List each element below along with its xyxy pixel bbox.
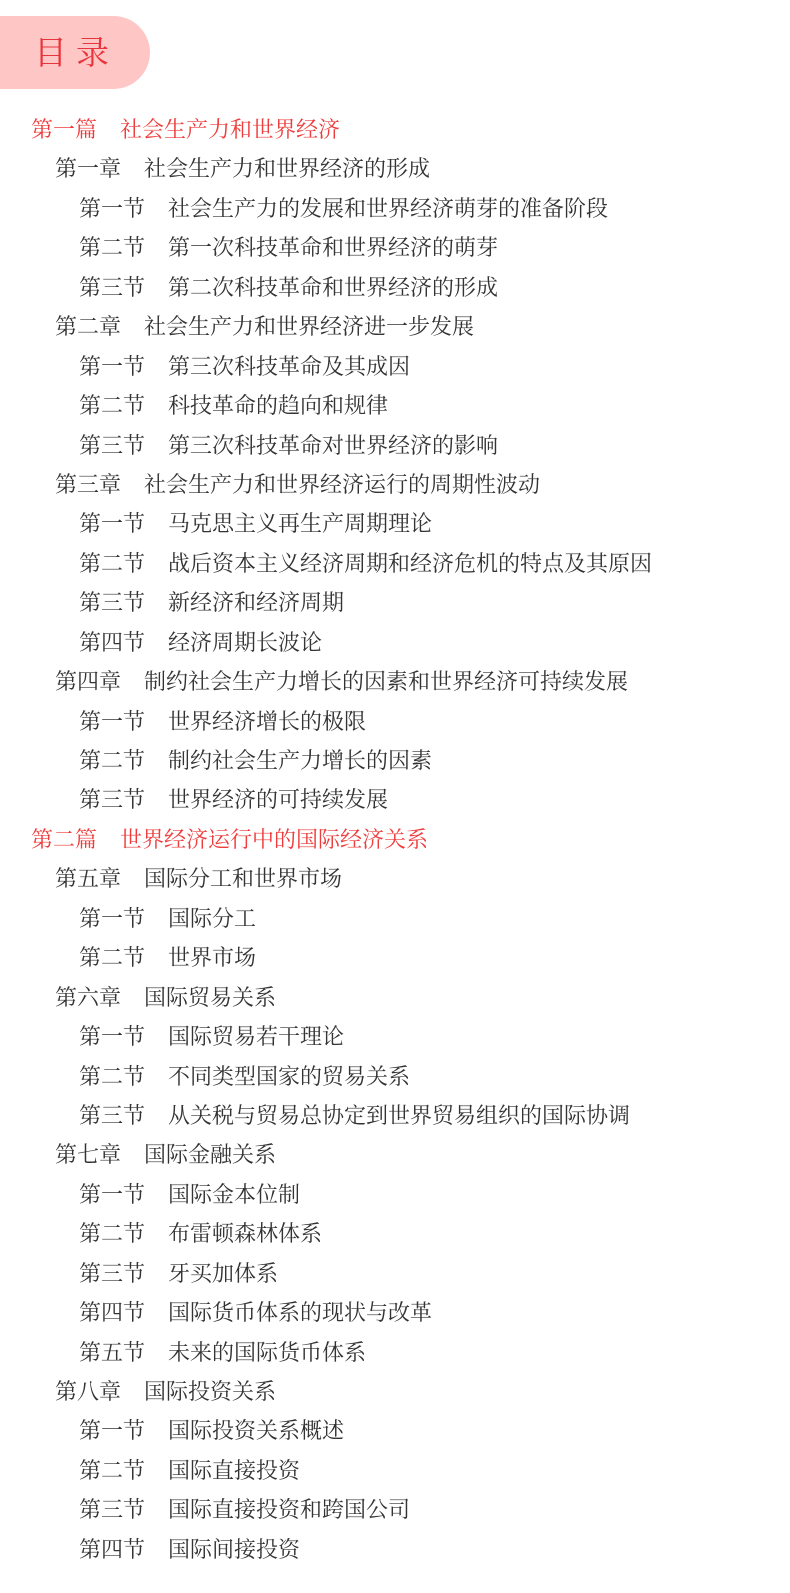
toc-section-entry[interactable]: 第四节国际货币体系的现状与改革 — [0, 1294, 652, 1333]
toc-section-entry[interactable]: 第四节国际间接投资 — [0, 1531, 652, 1570]
toc-entry-title: 社会生产力和世界经济进一步发展 — [144, 308, 474, 347]
toc-entry-title: 制约社会生产力增长的因素和世界经济可持续发展 — [144, 663, 628, 702]
toc-entry-title: 社会生产力和世界经济的形成 — [144, 150, 430, 189]
toc-entry-title: 国际金融关系 — [144, 1136, 276, 1175]
toc-section-entry[interactable]: 第三节第三次科技革命对世界经济的影响 — [0, 427, 652, 466]
toc-entry-number: 第二篇 — [31, 821, 97, 860]
toc-section-entry[interactable]: 第二节战后资本主义经济周期和经济危机的特点及其原因 — [0, 545, 652, 584]
toc-section-entry[interactable]: 第三节新经济和经济周期 — [0, 584, 652, 623]
toc-entry-title: 国际投资关系概述 — [168, 1412, 344, 1451]
toc-entry-number: 第五章 — [55, 860, 121, 899]
toc-entry-number: 第二节 — [79, 742, 145, 781]
toc-entry-title: 世界经济的可持续发展 — [168, 781, 388, 820]
toc-entry-number: 第一节 — [79, 348, 145, 387]
toc-entry-number: 第七章 — [55, 1136, 121, 1175]
toc-chapter-entry[interactable]: 第二章社会生产力和世界经济进一步发展 — [0, 308, 652, 347]
toc-chapter-entry[interactable]: 第七章国际金融关系 — [0, 1136, 652, 1175]
toc-entry-title: 国际投资关系 — [144, 1373, 276, 1412]
toc-entry-number: 第二节 — [79, 229, 145, 268]
toc-entry-number: 第二节 — [79, 1215, 145, 1254]
toc-entry-title: 国际货币体系的现状与改革 — [168, 1294, 432, 1333]
toc-entry-title: 战后资本主义经济周期和经济危机的特点及其原因 — [168, 545, 652, 584]
toc-chapter-entry[interactable]: 第四章制约社会生产力增长的因素和世界经济可持续发展 — [0, 663, 652, 702]
toc-section-entry[interactable]: 第三节国际直接投资和跨国公司 — [0, 1491, 652, 1530]
toc-section-entry[interactable]: 第二节不同类型国家的贸易关系 — [0, 1058, 652, 1097]
toc-section-entry[interactable]: 第一节马克思主义再生产周期理论 — [0, 505, 652, 544]
toc-entry-number: 第一节 — [79, 1018, 145, 1057]
toc-entry-number: 第三节 — [79, 781, 145, 820]
toc-entry-title: 经济周期长波论 — [168, 624, 322, 663]
toc-entry-title: 国际金本位制 — [168, 1176, 300, 1215]
toc-entry-title: 国际分工和世界市场 — [144, 860, 342, 899]
toc-entry-title: 国际贸易若干理论 — [168, 1018, 344, 1057]
toc-entry-title: 世界市场 — [168, 939, 256, 978]
toc-entry-title: 不同类型国家的贸易关系 — [168, 1058, 410, 1097]
toc-entry-title: 制约社会生产力增长的因素 — [168, 742, 432, 781]
toc-entry-title: 世界经济增长的极限 — [168, 703, 366, 742]
toc-section-entry[interactable]: 第二节科技革命的趋向和规律 — [0, 387, 652, 426]
toc-entry-number: 第三节 — [79, 1491, 145, 1530]
toc-entry-title: 国际间接投资 — [168, 1531, 300, 1570]
toc-part-entry[interactable]: 第一篇社会生产力和世界经济 — [0, 111, 652, 150]
toc-entry-number: 第二节 — [79, 1058, 145, 1097]
toc-entry-number: 第一节 — [79, 190, 145, 229]
toc-part-entry[interactable]: 第二篇世界经济运行中的国际经济关系 — [0, 821, 652, 860]
toc-entry-title: 新经济和经济周期 — [168, 584, 344, 623]
toc-entry-number: 第一节 — [79, 1412, 145, 1451]
toc-entry-title: 未来的国际货币体系 — [168, 1334, 366, 1373]
toc-entry-number: 第一节 — [79, 1176, 145, 1215]
toc-section-entry[interactable]: 第二节世界市场 — [0, 939, 652, 978]
toc-section-entry[interactable]: 第二节制约社会生产力增长的因素 — [0, 742, 652, 781]
toc-entry-number: 第二节 — [79, 387, 145, 426]
toc-entry-title: 社会生产力和世界经济运行的周期性波动 — [144, 466, 540, 505]
toc-entry-number: 第二章 — [55, 308, 121, 347]
toc-entry-number: 第三节 — [79, 584, 145, 623]
toc-entry-title: 社会生产力的发展和世界经济萌芽的准备阶段 — [168, 190, 608, 229]
toc-entry-number: 第三节 — [79, 269, 145, 308]
toc-section-entry[interactable]: 第一节国际金本位制 — [0, 1176, 652, 1215]
toc-entry-title: 国际直接投资和跨国公司 — [168, 1491, 410, 1530]
toc-entry-title: 第三次科技革命及其成因 — [168, 348, 410, 387]
toc-entry-number: 第四节 — [79, 1294, 145, 1333]
toc-section-entry[interactable]: 第一节世界经济增长的极限 — [0, 703, 652, 742]
toc-section-entry[interactable]: 第一节第三次科技革命及其成因 — [0, 348, 652, 387]
toc-section-entry[interactable]: 第二节布雷顿森林体系 — [0, 1215, 652, 1254]
page-title: 目录 — [34, 31, 118, 75]
toc-header-badge: 目录 — [0, 16, 150, 89]
toc-entry-title: 世界经济运行中的国际经济关系 — [120, 821, 428, 860]
toc-section-entry[interactable]: 第三节第二次科技革命和世界经济的形成 — [0, 269, 652, 308]
toc-entry-number: 第二节 — [79, 1452, 145, 1491]
toc-entry-title: 国际分工 — [168, 900, 256, 939]
table-of-contents: 第一篇社会生产力和世界经济第一章社会生产力和世界经济的形成第一节社会生产力的发展… — [0, 111, 652, 1570]
toc-entry-number: 第三节 — [79, 1255, 145, 1294]
toc-chapter-entry[interactable]: 第一章社会生产力和世界经济的形成 — [0, 150, 652, 189]
toc-entry-title: 第三次科技革命对世界经济的影响 — [168, 427, 498, 466]
toc-section-entry[interactable]: 第一节社会生产力的发展和世界经济萌芽的准备阶段 — [0, 190, 652, 229]
toc-entry-title: 国际直接投资 — [168, 1452, 300, 1491]
toc-entry-number: 第六章 — [55, 979, 121, 1018]
toc-entry-number: 第一节 — [79, 505, 145, 544]
toc-entry-number: 第一篇 — [31, 111, 97, 150]
toc-entry-number: 第四节 — [79, 624, 145, 663]
toc-entry-title: 从关税与贸易总协定到世界贸易组织的国际协调 — [168, 1097, 630, 1136]
toc-entry-number: 第四章 — [55, 663, 121, 702]
toc-chapter-entry[interactable]: 第六章国际贸易关系 — [0, 979, 652, 1018]
toc-entry-number: 第五节 — [79, 1334, 145, 1373]
toc-entry-number: 第一章 — [55, 150, 121, 189]
toc-section-entry[interactable]: 第一节国际贸易若干理论 — [0, 1018, 652, 1057]
toc-entry-title: 马克思主义再生产周期理论 — [168, 505, 432, 544]
toc-entry-number: 第一节 — [79, 900, 145, 939]
toc-entry-title: 第一次科技革命和世界经济的萌芽 — [168, 229, 498, 268]
toc-section-entry[interactable]: 第四节经济周期长波论 — [0, 624, 652, 663]
toc-entry-title: 科技革命的趋向和规律 — [168, 387, 388, 426]
toc-entry-title: 国际贸易关系 — [144, 979, 276, 1018]
toc-entry-number: 第四节 — [79, 1531, 145, 1570]
toc-entry-number: 第三章 — [55, 466, 121, 505]
toc-chapter-entry[interactable]: 第三章社会生产力和世界经济运行的周期性波动 — [0, 466, 652, 505]
toc-section-entry[interactable]: 第五节未来的国际货币体系 — [0, 1334, 652, 1373]
toc-entry-number: 第八章 — [55, 1373, 121, 1412]
toc-entry-number: 第一节 — [79, 703, 145, 742]
toc-entry-title: 社会生产力和世界经济 — [120, 111, 340, 150]
toc-chapter-entry[interactable]: 第五章国际分工和世界市场 — [0, 860, 652, 899]
toc-section-entry[interactable]: 第一节国际投资关系概述 — [0, 1412, 652, 1451]
toc-entry-title: 第二次科技革命和世界经济的形成 — [168, 269, 498, 308]
toc-entry-number: 第二节 — [79, 939, 145, 978]
toc-entry-title: 布雷顿森林体系 — [168, 1215, 322, 1254]
toc-section-entry[interactable]: 第三节牙买加体系 — [0, 1255, 652, 1294]
toc-section-entry[interactable]: 第二节第一次科技革命和世界经济的萌芽 — [0, 229, 652, 268]
toc-section-entry[interactable]: 第一节国际分工 — [0, 900, 652, 939]
toc-entry-title: 牙买加体系 — [168, 1255, 278, 1294]
toc-entry-number: 第三节 — [79, 1097, 145, 1136]
toc-chapter-entry[interactable]: 第八章国际投资关系 — [0, 1373, 652, 1412]
toc-entry-number: 第三节 — [79, 427, 145, 466]
toc-section-entry[interactable]: 第三节世界经济的可持续发展 — [0, 781, 652, 820]
toc-section-entry[interactable]: 第三节从关税与贸易总协定到世界贸易组织的国际协调 — [0, 1097, 652, 1136]
toc-entry-number: 第二节 — [79, 545, 145, 584]
toc-section-entry[interactable]: 第二节国际直接投资 — [0, 1452, 652, 1491]
